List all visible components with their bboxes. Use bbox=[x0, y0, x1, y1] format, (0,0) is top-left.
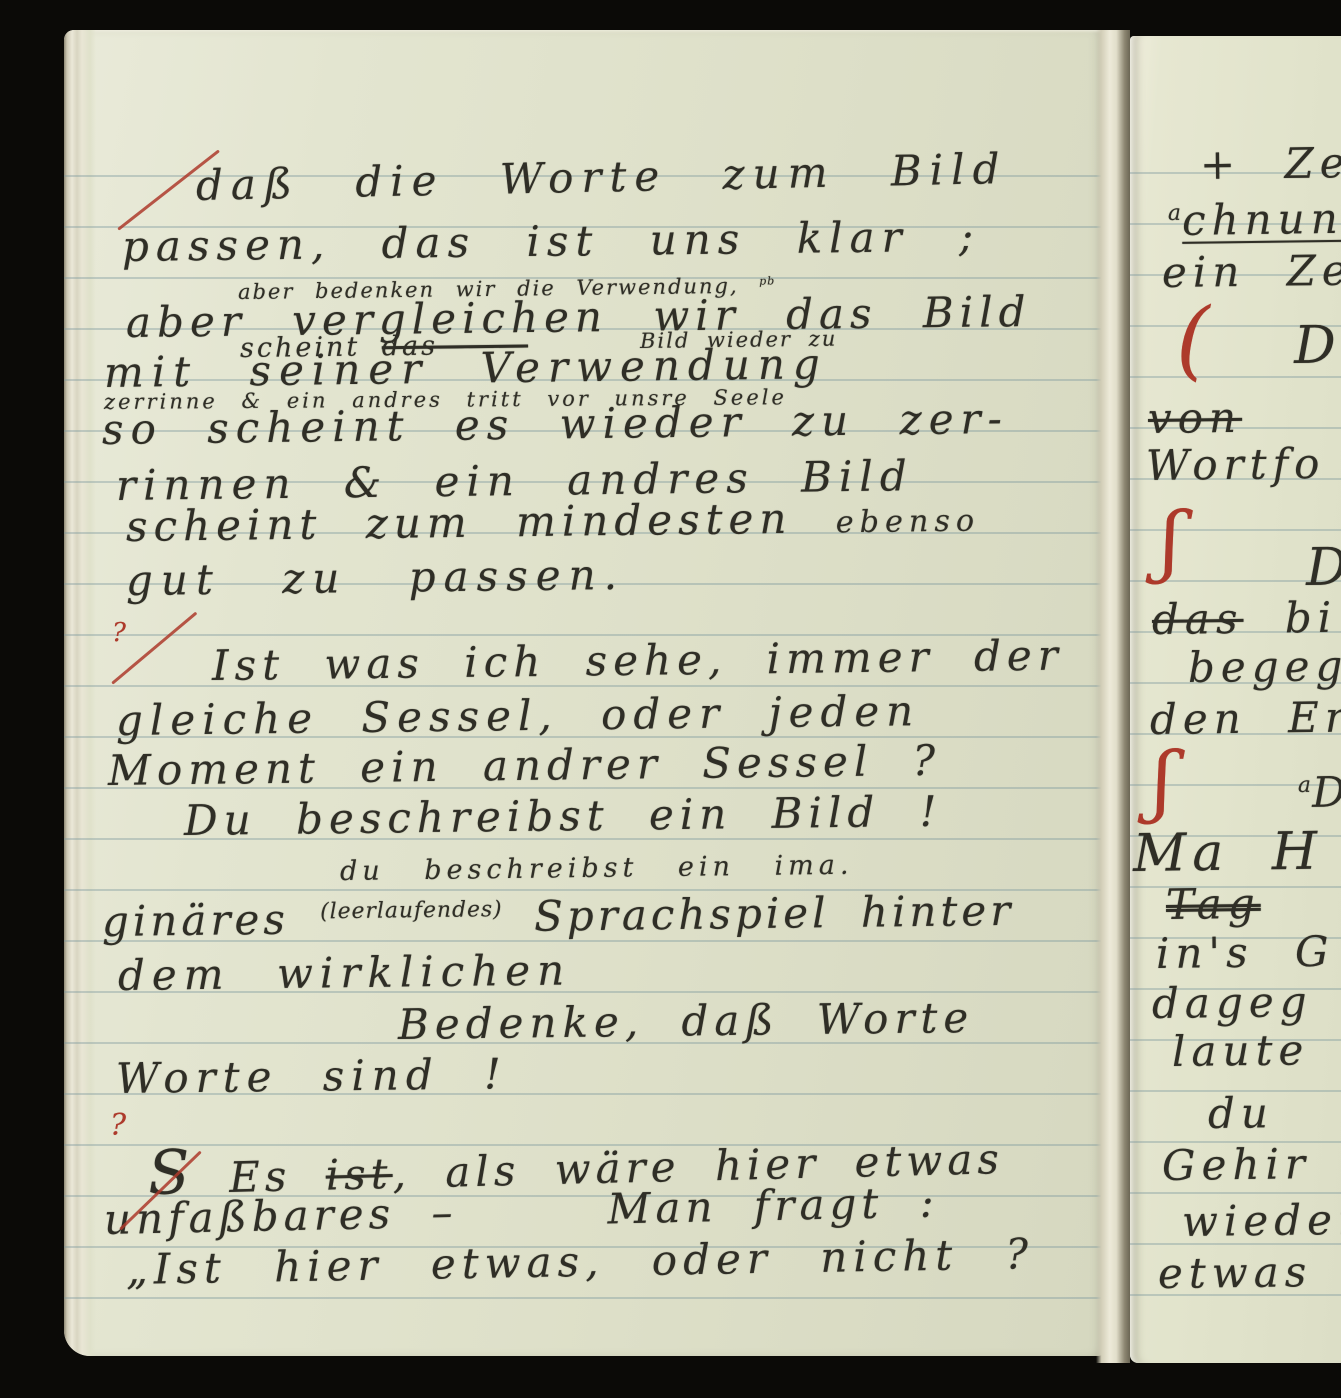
ruled-line bbox=[1130, 1039, 1341, 1041]
ruled-line bbox=[64, 481, 1104, 483]
ruled-line bbox=[1130, 988, 1341, 990]
ruled-line bbox=[64, 1144, 1104, 1146]
ruled-line bbox=[64, 889, 1104, 891]
ruled-line bbox=[64, 1042, 1104, 1044]
page-edge-stack bbox=[64, 30, 96, 1356]
ruled-line bbox=[1130, 1090, 1341, 1092]
ruled-line bbox=[1130, 1192, 1341, 1194]
ruled-line bbox=[64, 1093, 1104, 1095]
ruled-line bbox=[1130, 376, 1341, 378]
ruled-line bbox=[1130, 631, 1341, 633]
ruled-line bbox=[64, 430, 1104, 432]
ruled-line bbox=[64, 634, 1104, 636]
ruled-line bbox=[1130, 682, 1341, 684]
ruled-line bbox=[64, 787, 1104, 789]
ruled-line bbox=[1130, 172, 1341, 174]
ruled-line bbox=[1130, 835, 1341, 837]
ruled-line bbox=[64, 940, 1104, 942]
ruled-line bbox=[1130, 529, 1341, 531]
ruled-line bbox=[1130, 886, 1341, 888]
ruled-line bbox=[64, 175, 1104, 177]
ruled-line bbox=[1130, 1141, 1341, 1143]
notebook-scan: daß die Worte zum Bildpassen, das ist un… bbox=[0, 0, 1341, 1398]
ruled-line bbox=[64, 685, 1104, 687]
ruled-line bbox=[1130, 733, 1341, 735]
ruled-line bbox=[1130, 427, 1341, 429]
ruled-line bbox=[64, 736, 1104, 738]
ruled-line bbox=[64, 277, 1104, 279]
ruled-line bbox=[1130, 1243, 1341, 1245]
ruled-line bbox=[1130, 784, 1341, 786]
ruled-line bbox=[1130, 478, 1341, 480]
ruled-line bbox=[1130, 937, 1341, 939]
ruled-line bbox=[64, 991, 1104, 993]
ruled-line bbox=[64, 583, 1104, 585]
ruled-line bbox=[64, 328, 1104, 330]
ruled-line bbox=[64, 1195, 1104, 1197]
ruled-line bbox=[64, 226, 1104, 228]
left-page bbox=[64, 30, 1104, 1356]
ruled-line bbox=[1130, 274, 1341, 276]
ruled-line bbox=[64, 1246, 1104, 1248]
ruled-line bbox=[1130, 223, 1341, 225]
ruled-line bbox=[1130, 580, 1341, 582]
ruled-line bbox=[64, 838, 1104, 840]
ruled-line bbox=[1130, 325, 1341, 327]
ruled-line bbox=[1130, 1294, 1341, 1296]
binding-gutter bbox=[1096, 30, 1130, 1363]
ruled-line bbox=[64, 532, 1104, 534]
ruled-line bbox=[64, 1297, 1104, 1299]
right-page bbox=[1130, 36, 1341, 1363]
ruled-line bbox=[64, 379, 1104, 381]
